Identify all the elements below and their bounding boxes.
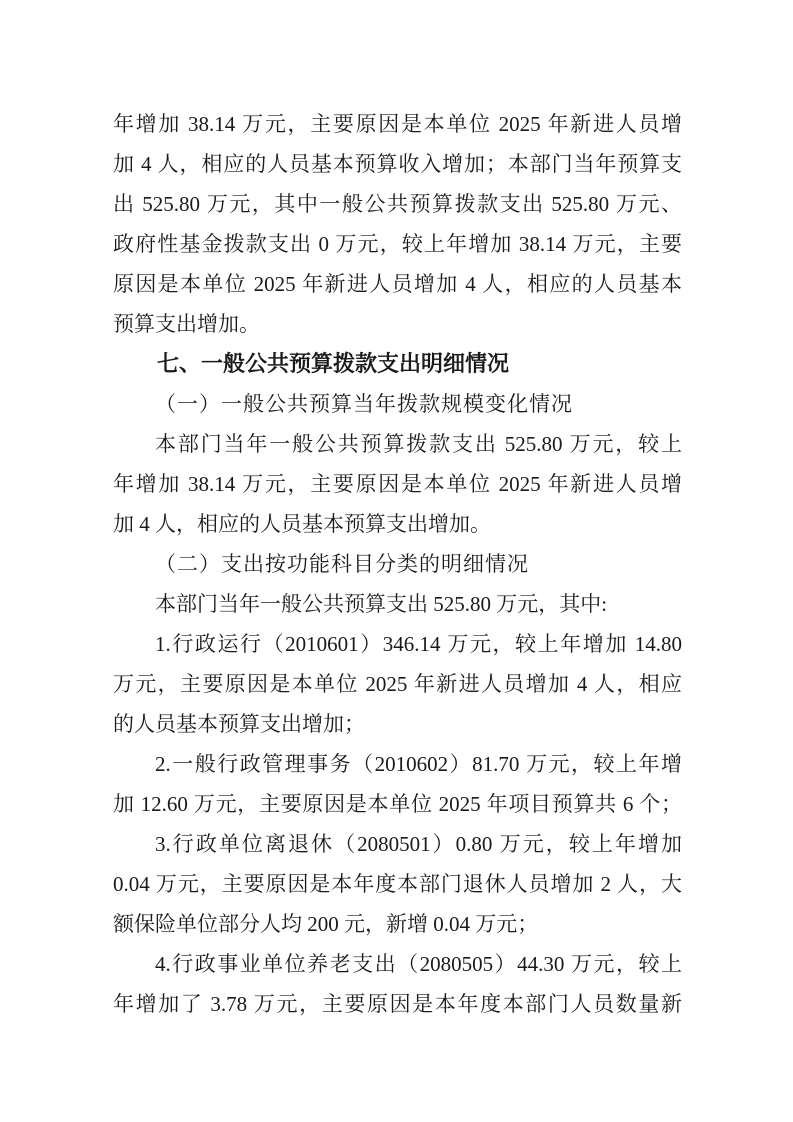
text-line: 原因是本单位 2025 年新进人员增加 4 人，相应的人员基本 — [113, 264, 682, 304]
subsection-heading: （一）一般公共预算当年拨款规模变化情况 — [113, 384, 682, 424]
text-line: 年增加 38.14 万元，主要原因是本单位 2025 年新进人员增 — [113, 464, 682, 504]
text-line: 额保险单位部分人均 200 元，新增 0.04 万元； — [113, 904, 682, 944]
text-line: 加 12.60 万元，主要原因是本单位 2025 年项目预算共 6 个； — [113, 784, 682, 824]
text-line: 2.一般行政管理事务（2010602）81.70 万元，较上年增 — [113, 744, 682, 784]
text-line: 加 4 人，相应的人员基本预算收入增加；本部门当年预算支 — [113, 144, 682, 184]
subsection-heading: （二）支出按功能科目分类的明细情况 — [113, 544, 682, 584]
text-line: 年增加了 3.78 万元，主要原因是本年度本部门人员数量新 — [113, 984, 682, 1024]
text-line: 4.行政事业单位养老支出（2080505）44.30 万元，较上 — [113, 944, 682, 984]
text-line: 本部门当年一般公共预算拨款支出 525.80 万元，较上 — [113, 424, 682, 464]
text-line: 出 525.80 万元，其中一般公共预算拨款支出 525.80 万元、 — [113, 184, 682, 224]
text-line: 的人员基本预算支出增加； — [113, 704, 682, 744]
text-line: 年增加 38.14 万元，主要原因是本单位 2025 年新进人员增 — [113, 104, 682, 144]
text-line: 3.行政单位离退休（2080501）0.80 万元，较上年增加 — [113, 824, 682, 864]
text-line: 预算支出增加。 — [113, 304, 682, 344]
section-heading: 七、一般公共预算拨款支出明细情况 — [113, 344, 682, 384]
document-page: 年增加 38.14 万元，主要原因是本单位 2025 年新进人员增 加 4 人，… — [0, 0, 793, 1122]
text-line: 政府性基金拨款支出 0 万元，较上年增加 38.14 万元，主要 — [113, 224, 682, 264]
document-body: 年增加 38.14 万元，主要原因是本单位 2025 年新进人员增 加 4 人，… — [113, 104, 682, 1024]
text-line: 万元，主要原因是本单位 2025 年新进人员增加 4 人，相应 — [113, 664, 682, 704]
text-line: 1.行政运行（2010601）346.14 万元，较上年增加 14.80 — [113, 624, 682, 664]
text-line: 加 4 人，相应的人员基本预算支出增加。 — [113, 504, 682, 544]
text-line: 0.04 万元，主要原因是本年度本部门退休人员增加 2 人，大 — [113, 864, 682, 904]
text-line: 本部门当年一般公共预算支出 525.80 万元，其中: — [113, 584, 682, 624]
